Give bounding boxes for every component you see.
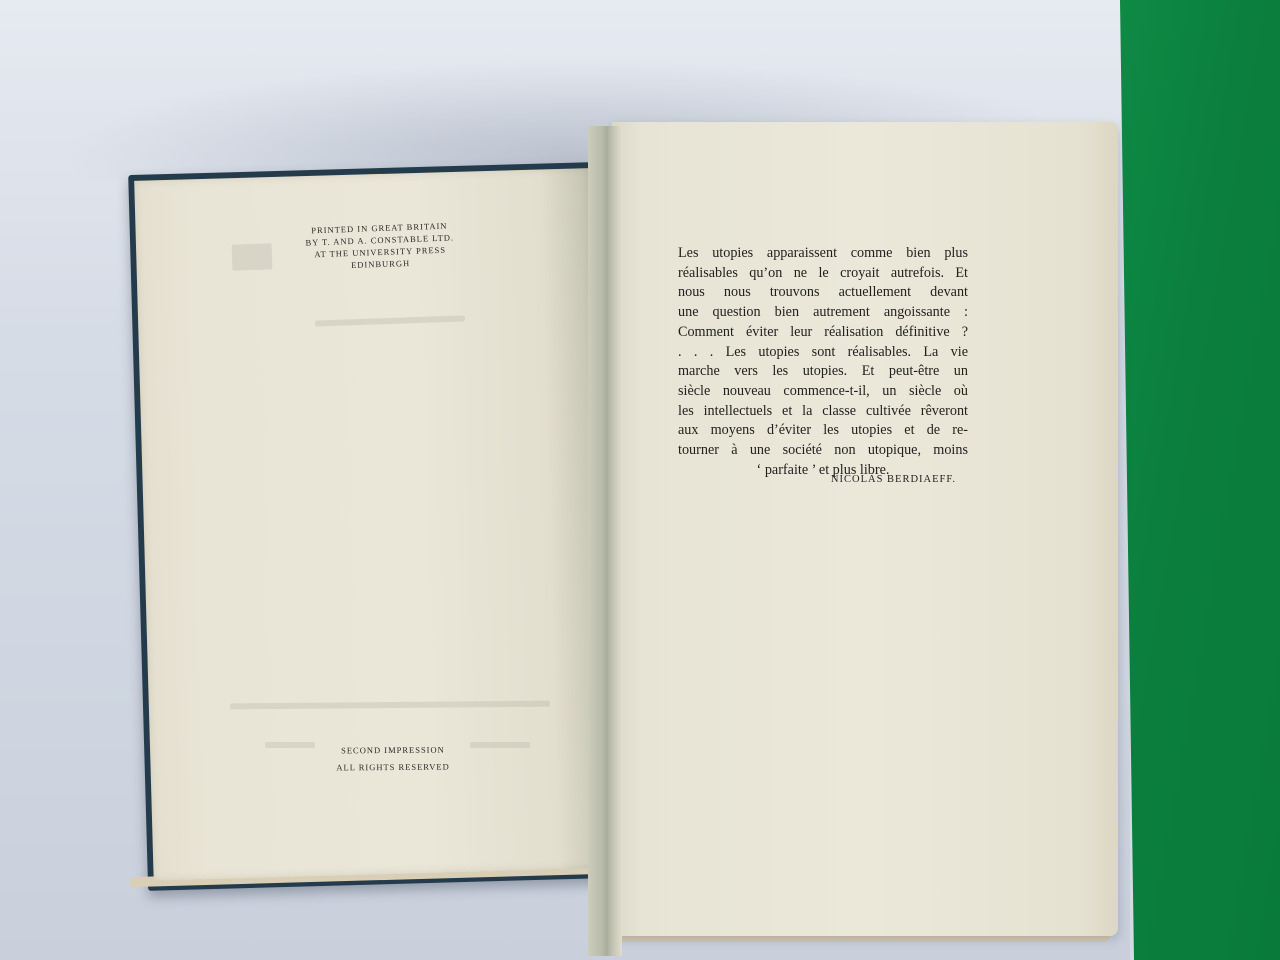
epigraph-author: NICOLAS BERDIAEFF.: [810, 474, 956, 485]
photo-scene: PRINTED IN GREAT BRITAIN BY T. AND A. CO…: [0, 0, 1280, 960]
show-through-mark: [232, 243, 273, 270]
epigraph-line: . . . Les utopies sont réalisables. La v…: [678, 343, 968, 363]
epigraph-line: Comment éviter leur réalisation définiti…: [678, 323, 968, 343]
epigraph-line: Les utopies apparaissent comme bien plus: [678, 244, 968, 264]
epigraph-line: marche vers les utopies. Et peut-être un: [678, 362, 968, 382]
epigraph-line: siècle nouveau commence-t-il, un siècle …: [678, 382, 968, 402]
edition-notice: SECOND IMPRESSION ALL RIGHTS RESERVED: [318, 741, 468, 776]
epigraph-line: tourner à une société non utopique, moin…: [678, 441, 968, 461]
printer-imprint: PRINTED IN GREAT BRITAIN BY T. AND A. CO…: [279, 219, 481, 274]
book-gutter: [588, 126, 622, 956]
epigraph-line: réalisables qu’on ne le croyait autrefoi…: [678, 264, 968, 284]
epigraph-line: nous nous trouvons actuellement devant: [678, 283, 968, 303]
epigraph-line: une question bien autrement angoissante …: [678, 303, 968, 323]
show-through-mark: [265, 742, 315, 748]
epigraph-line: aux moyens d’éviter les utopies et de re…: [678, 421, 968, 441]
epigraph-line: les intellectuels et la classe cultivée …: [678, 402, 968, 422]
rights-line: ALL RIGHTS RESERVED: [318, 758, 468, 776]
green-panel: [1120, 0, 1280, 960]
epigraph: Les utopies apparaissent comme bien plus…: [678, 244, 968, 480]
edition-line: SECOND IMPRESSION: [318, 741, 468, 759]
show-through-mark: [470, 742, 530, 748]
